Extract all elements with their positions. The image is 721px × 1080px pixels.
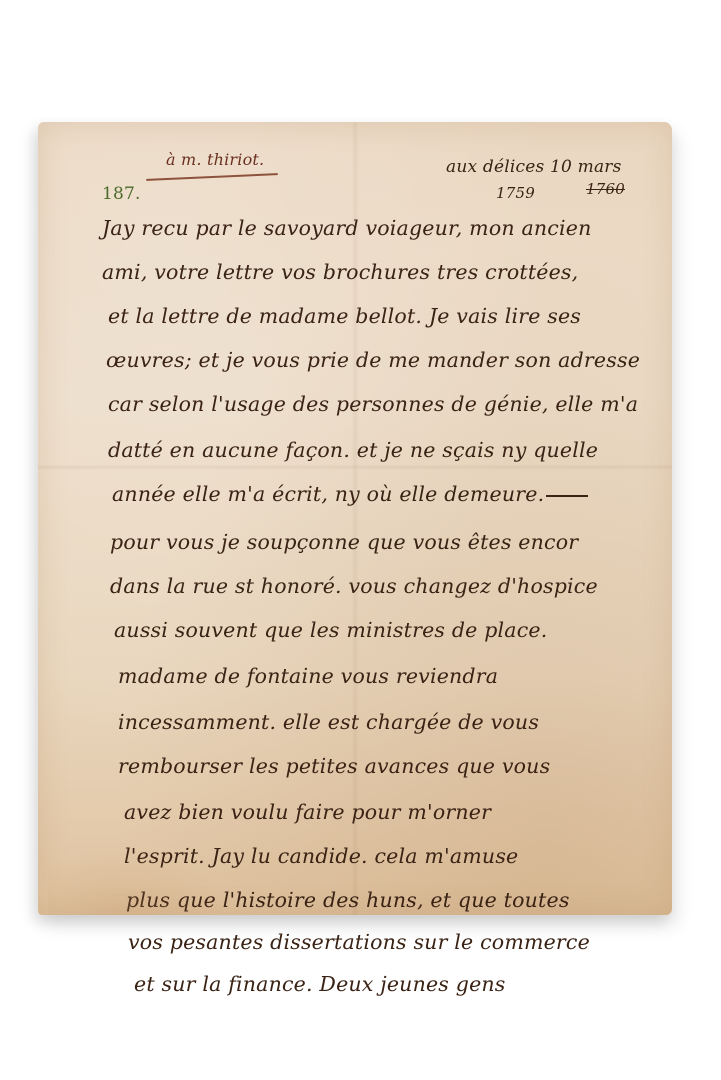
handwritten-line-text: plus que l'histoire des huns, et que tou… [126, 888, 570, 912]
handwritten-line-text: madame de fontaine vous reviendra [118, 664, 498, 688]
strike-line [546, 495, 588, 497]
addressee-underline [146, 173, 278, 181]
handwritten-line-text: œuvres; et je vous prie de me mander son… [106, 348, 640, 372]
handwritten-line-text: et sur la finance. Deux jeunes gens [134, 972, 506, 996]
handwritten-line-text: pour vous je soupçonne que vous êtes enc… [110, 530, 578, 554]
document-number: 187. [102, 184, 141, 204]
handwritten-line-text: rembourser les petites avances que vous [118, 754, 550, 778]
handwritten-line-text: incessamment. elle est chargée de vous [118, 710, 539, 734]
year-struck-through: 1760 [586, 180, 625, 198]
handwritten-line: car selon l'usage des personnes de génie… [108, 394, 638, 415]
handwritten-line: avez bien voulu faire pour m'orner [124, 802, 491, 823]
handwritten-line: et la lettre de madame bellot. Je vais l… [108, 306, 581, 327]
place-date: aux délices 10 mars [446, 157, 622, 177]
handwritten-line-text: l'esprit. Jay lu candide. cela m'amuse [124, 844, 518, 868]
handwritten-line: incessamment. elle est chargée de vous [118, 712, 539, 733]
handwritten-line: datté en aucune façon. et je ne sçais ny… [108, 440, 598, 461]
handwritten-line-text: vos pesantes dissertations sur le commer… [128, 930, 590, 954]
handwritten-line-text: dans la rue st honoré. vous changez d'ho… [110, 574, 598, 598]
handwritten-line-text: aussi souvent que les ministres de place… [114, 618, 547, 642]
addressee-annotation: à m. thiriot. [166, 150, 264, 169]
handwritten-line-text: datté en aucune façon. et je ne sçais ny… [108, 438, 598, 462]
handwritten-line: ami, votre lettre vos brochures tres cro… [102, 262, 578, 283]
handwritten-line: madame de fontaine vous reviendra [118, 666, 498, 687]
handwritten-line: et sur la finance. Deux jeunes gens [134, 974, 506, 995]
handwritten-line: œuvres; et je vous prie de me mander son… [106, 350, 640, 371]
letter-page: à m. thiriot. 187. aux délices 10 mars 1… [38, 122, 672, 915]
handwritten-line-text: avez bien voulu faire pour m'orner [124, 800, 491, 824]
handwritten-line: pour vous je soupçonne que vous êtes enc… [110, 532, 578, 553]
handwritten-line: dans la rue st honoré. vous changez d'ho… [110, 576, 598, 597]
handwritten-line: année elle m'a écrit, ny où elle demeure… [112, 484, 588, 505]
handwritten-line: rembourser les petites avances que vous [118, 756, 550, 777]
handwritten-line-text: car selon l'usage des personnes de génie… [108, 392, 638, 416]
handwritten-line-text: Jay recu par le savoyard voiageur, mon a… [102, 216, 591, 240]
handwritten-line-text: et la lettre de madame bellot. Je vais l… [108, 304, 581, 328]
handwritten-line-text: année elle m'a écrit, ny où elle demeure… [112, 482, 544, 506]
handwritten-line: plus que l'histoire des huns, et que tou… [126, 890, 570, 911]
handwritten-line-text: ami, votre lettre vos brochures tres cro… [102, 260, 578, 284]
handwritten-line: Jay recu par le savoyard voiageur, mon a… [102, 218, 591, 239]
handwritten-line: aussi souvent que les ministres de place… [114, 620, 547, 641]
handwritten-line: vos pesantes dissertations sur le commer… [128, 932, 590, 953]
handwritten-line: l'esprit. Jay lu candide. cela m'amuse [124, 846, 518, 867]
year-corrected: 1759 [496, 184, 535, 202]
